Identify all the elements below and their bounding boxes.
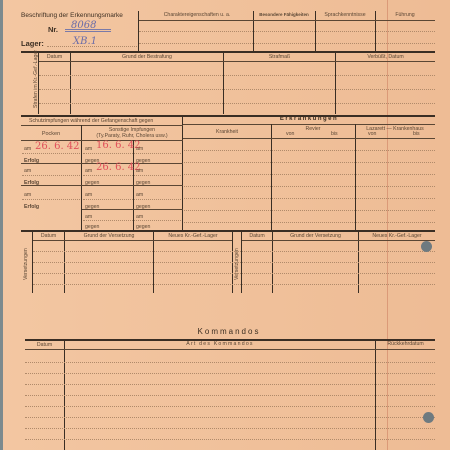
- dotted-line: [25, 417, 435, 418]
- vers-col-grund: Grund der Versetzung: [65, 233, 153, 239]
- rule: [39, 61, 435, 62]
- dotted-line: [25, 406, 435, 407]
- nr-value: 8068: [71, 20, 96, 31]
- rule: [82, 209, 183, 210]
- sonstige-date-1: 16. 6. 42: [96, 140, 141, 151]
- versetzungen-side-label-left: Versetzungen: [23, 240, 29, 280]
- am-label: am: [24, 146, 31, 152]
- dotted-line: [39, 103, 435, 104]
- rule: [183, 124, 435, 125]
- dotted-line: [184, 162, 435, 163]
- col-sprachen: Sprachkenntnisse: [315, 12, 375, 18]
- strafen-col-strafmass: Strafmaß: [224, 54, 335, 60]
- fold-line: [387, 0, 388, 450]
- tag-label: Beschriftung der Erkennungsmarke: [21, 12, 123, 19]
- erkrankungen-title: Erkrankungen: [183, 116, 435, 122]
- dotted-line: [83, 220, 181, 221]
- strafen-col-verbuesst: Verbüßt, Datum: [336, 54, 435, 60]
- krankheit-label: Krankheit: [183, 129, 271, 135]
- am-label: am: [136, 168, 143, 174]
- rule: [33, 240, 232, 241]
- dotted-line: [39, 75, 435, 76]
- pow-record-card: Beschriftung der Erkennungsmarke Nr. 806…: [3, 0, 450, 450]
- rule: [21, 163, 82, 164]
- dotted-line: [39, 89, 435, 90]
- rule: [21, 230, 435, 232]
- divider: [38, 53, 39, 114]
- rule: [21, 185, 82, 186]
- rule: [183, 138, 435, 139]
- vers-col-datum-2: Datum: [242, 233, 272, 239]
- dotted-line: [184, 222, 435, 223]
- dotted-line: [22, 199, 80, 200]
- vers-col-datum: Datum: [33, 233, 64, 239]
- punch-hole: [423, 412, 434, 423]
- lazarett-von: von: [368, 131, 376, 137]
- dotted-line: [83, 175, 181, 176]
- nr-label: Nr.: [48, 25, 58, 34]
- lager-label: Lager:: [21, 39, 44, 48]
- col-fuehrung: Führung: [375, 12, 435, 18]
- vers-col-grund-2: Grund der Versetzung: [273, 233, 358, 239]
- kommandos-title: Kommandos: [23, 327, 435, 336]
- dotted-line: [139, 43, 435, 44]
- rule: [25, 349, 435, 350]
- sonstige-sub: (Ty.Paraty, Ruhr, Cholera usw.): [82, 133, 182, 139]
- revier-von: von: [286, 131, 294, 137]
- rule: [82, 185, 183, 186]
- dotted-line: [184, 198, 435, 199]
- lazarett-bis: bis: [413, 131, 420, 137]
- dotted-line: [25, 395, 435, 396]
- am-label: am: [136, 192, 143, 198]
- rule: [21, 51, 435, 53]
- erfolg-label: Erfolg: [24, 204, 39, 210]
- am-label: am: [136, 214, 143, 220]
- vers-col-lager: Neues Kr.-Gef.-Lager: [154, 233, 232, 239]
- divider: [355, 124, 356, 231]
- divider: [271, 124, 272, 231]
- dotted-line: [184, 150, 435, 151]
- dotted-line: [83, 153, 181, 154]
- lager-value: XB.1: [73, 36, 97, 47]
- divider: [70, 53, 71, 114]
- vers-col-lager-2: Neues Kr.-Gef.-Lager: [359, 233, 435, 239]
- dotted-line: [25, 384, 435, 385]
- lazarett-label: Lazarett — Krankenhaus: [355, 126, 435, 132]
- versetzungen-side-label-right: Versetzungen: [234, 240, 240, 280]
- am-label: am: [136, 146, 143, 152]
- strafen-col-datum: Datum: [39, 54, 70, 60]
- strafen-col-grund: Grund der Bestrafung: [71, 54, 223, 60]
- dotted-line: [184, 210, 435, 211]
- dotted-line: [33, 251, 435, 252]
- col-faehigkeiten: Besondere Fähigkeiten: [253, 12, 315, 17]
- dotted-line: [25, 439, 435, 440]
- rule: [242, 240, 435, 241]
- dotted-line: [184, 186, 435, 187]
- gegen-label: gegen: [136, 158, 150, 164]
- revier-bis: bis: [331, 131, 338, 137]
- am-label: am: [24, 192, 31, 198]
- dotted-line: [22, 153, 80, 154]
- strike-line: [65, 31, 111, 32]
- pocken-date-1: 26. 6. 42: [35, 141, 80, 152]
- punch-hole: [421, 241, 432, 252]
- dotted-line: [139, 31, 435, 32]
- rule: [21, 125, 183, 126]
- dotted-line: [83, 199, 181, 200]
- sonstige-date-2: 26. 6. 42: [96, 162, 141, 173]
- dotted-line: [25, 362, 435, 363]
- gegen-label: gegen: [136, 180, 150, 186]
- am-label: am: [85, 192, 92, 198]
- rule: [139, 20, 435, 21]
- am-label: am: [24, 168, 31, 174]
- pocken-label: Pocken: [21, 131, 81, 137]
- am-label: am: [85, 146, 92, 152]
- am-label: am: [85, 168, 92, 174]
- dotted-line: [25, 428, 435, 429]
- impfungen-title: Schutzimpfungen während der Gefangenscha…: [29, 118, 153, 124]
- kommandos-col-art: Art des Kommandos: [65, 341, 375, 347]
- dotted-line: [25, 373, 435, 374]
- dotted-line: [33, 273, 435, 274]
- divider: [223, 53, 224, 114]
- kommandos-col-datum: Datum: [25, 342, 64, 348]
- dotted-line: [22, 175, 80, 176]
- gegen-label: gegen: [136, 204, 150, 210]
- col-charakter: Charaktereigenschaften u. a.: [141, 12, 253, 18]
- divider: [335, 53, 336, 114]
- revier-label: Revier: [271, 126, 355, 132]
- dotted-line: [184, 174, 435, 175]
- dotted-line: [33, 262, 435, 263]
- dotted-line: [33, 284, 435, 285]
- kommandos-col-rueckkehr: Rückkehrdatum: [376, 341, 435, 347]
